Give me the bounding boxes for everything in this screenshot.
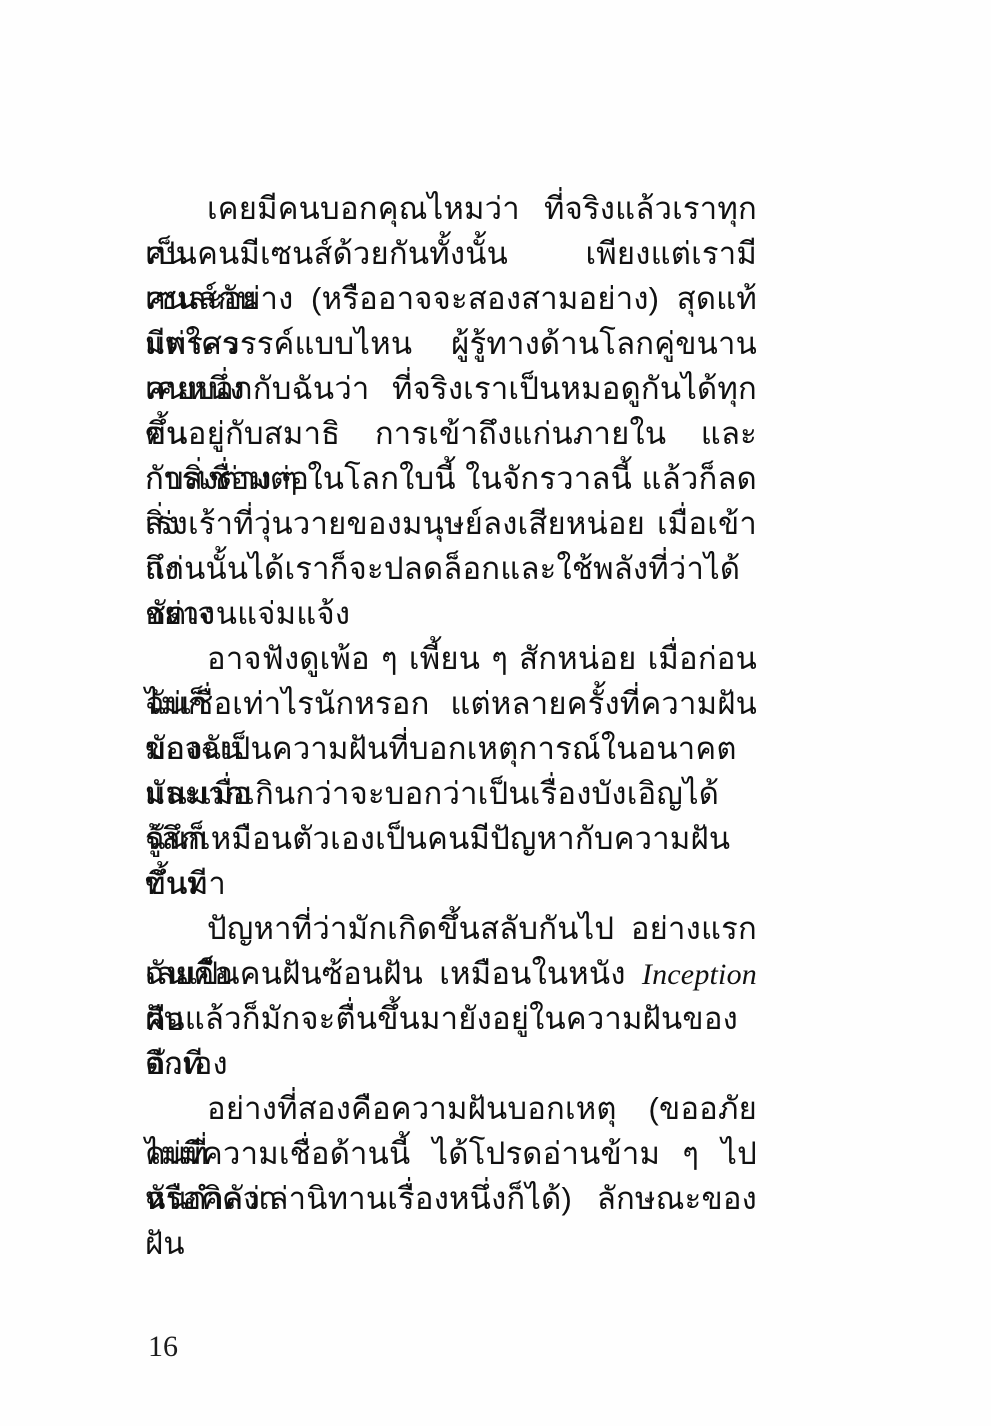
text-line: รู้สึกเหมือนตัวเองเป็นคนมีปัญหากับความฝั… [145, 816, 757, 861]
text-line: เป็นคนมีเซนส์ด้วยกันทั้งนั้น เพียงแต่เรา… [145, 231, 757, 276]
book-page: เคยมีคนบอกคุณไหมว่า ที่จริงแล้วเราทุกคนเ… [0, 0, 991, 1426]
page-number: 16 [148, 1330, 178, 1364]
text-line: ฉันเป็นคนฝันซ้อนฝัน เหมือนในหนัง Incepti… [145, 951, 757, 996]
text-line: ปัญหาที่ว่ามักเกิดขึ้นสลับกันไป อย่างแรก… [145, 906, 757, 951]
text-line: อย่างที่สองคือความฝันบอกเหตุ (ขออภัยคนที… [145, 1086, 757, 1131]
text-line: เคยบอกกับฉันว่า ที่จริงเราเป็นหมอดูกันได… [145, 366, 757, 411]
text-line: กับสิ่งต่าง ๆ ในโลกใบนี้ ในจักรวาลนี้ แล… [145, 456, 757, 501]
text-line: ไม่เชื่อเท่าไรนักหรอก แต่หลายครั้งที่ควา… [145, 681, 757, 726]
paragraph: อย่างที่สองคือความฝันบอกเหตุ (ขออภัยคนที… [145, 1086, 757, 1221]
text-line: อีกที [145, 1041, 757, 1086]
paragraph: เคยมีคนบอกคุณไหมว่า ที่จริงแล้วเราทุกคนเ… [145, 186, 757, 636]
text-line: ทันที [145, 861, 757, 906]
text-line: เร่งเร้าที่วุ่นวายของมนุษย์ลงเสียหน่อย เ… [145, 501, 757, 546]
text-line: ฝันแล้วก็มักจะตื่นขึ้นมายังอยู่ในความฝัน… [145, 996, 757, 1041]
text-block: เคยมีคนบอกคุณไหมว่า ที่จริงแล้วเราทุกคนเ… [145, 186, 757, 1221]
text-line: มันมากเกินกว่าจะบอกว่าเป็นเรื่องบังเอิญไ… [145, 771, 757, 816]
text-line: มีพรสวรรค์แบบไหน ผู้รู้ทางด้านโลกคู่ขนาน… [145, 321, 757, 366]
text-line: แก่นนั้นได้เราก็จะปลดล็อกและใช้พลังที่ว่… [145, 546, 757, 591]
italic-movie-title: Inception [642, 958, 757, 991]
paragraph: ปัญหาที่ว่ามักเกิดขึ้นสลับกันไป อย่างแรก… [145, 906, 757, 1086]
text-line: คนละอย่าง (หรืออาจจะสองสามอย่าง) สุดแท้แ… [145, 276, 757, 321]
text-line: มักจะเป็นความฝันที่บอกเหตุการณ์ในอนาคต แ… [145, 726, 757, 771]
paragraph: อาจฟังดูเพ้อ ๆ เพี้ยน ๆ สักหน่อย เมื่อก่… [145, 636, 757, 906]
text-line: ไม่มีความเชื่อด้านนี้ ได้โปรดอ่านข้าม ๆ … [145, 1131, 757, 1176]
text-line: ชัดเจนแจ่มแจ้ง [145, 591, 757, 636]
text-line: ฉันกำลังเล่านิทานเรื่องหนึ่งก็ได้) ลักษณ… [145, 1176, 757, 1221]
text-line: ขึ้นอยู่กับสมาธิ การเข้าถึงแก่นภายใน และ… [145, 411, 757, 456]
text-line: เคยมีคนบอกคุณไหมว่า ที่จริงแล้วเราทุกคน [145, 186, 757, 231]
text-line: อาจฟังดูเพ้อ ๆ เพี้ยน ๆ สักหน่อย เมื่อก่… [145, 636, 757, 681]
